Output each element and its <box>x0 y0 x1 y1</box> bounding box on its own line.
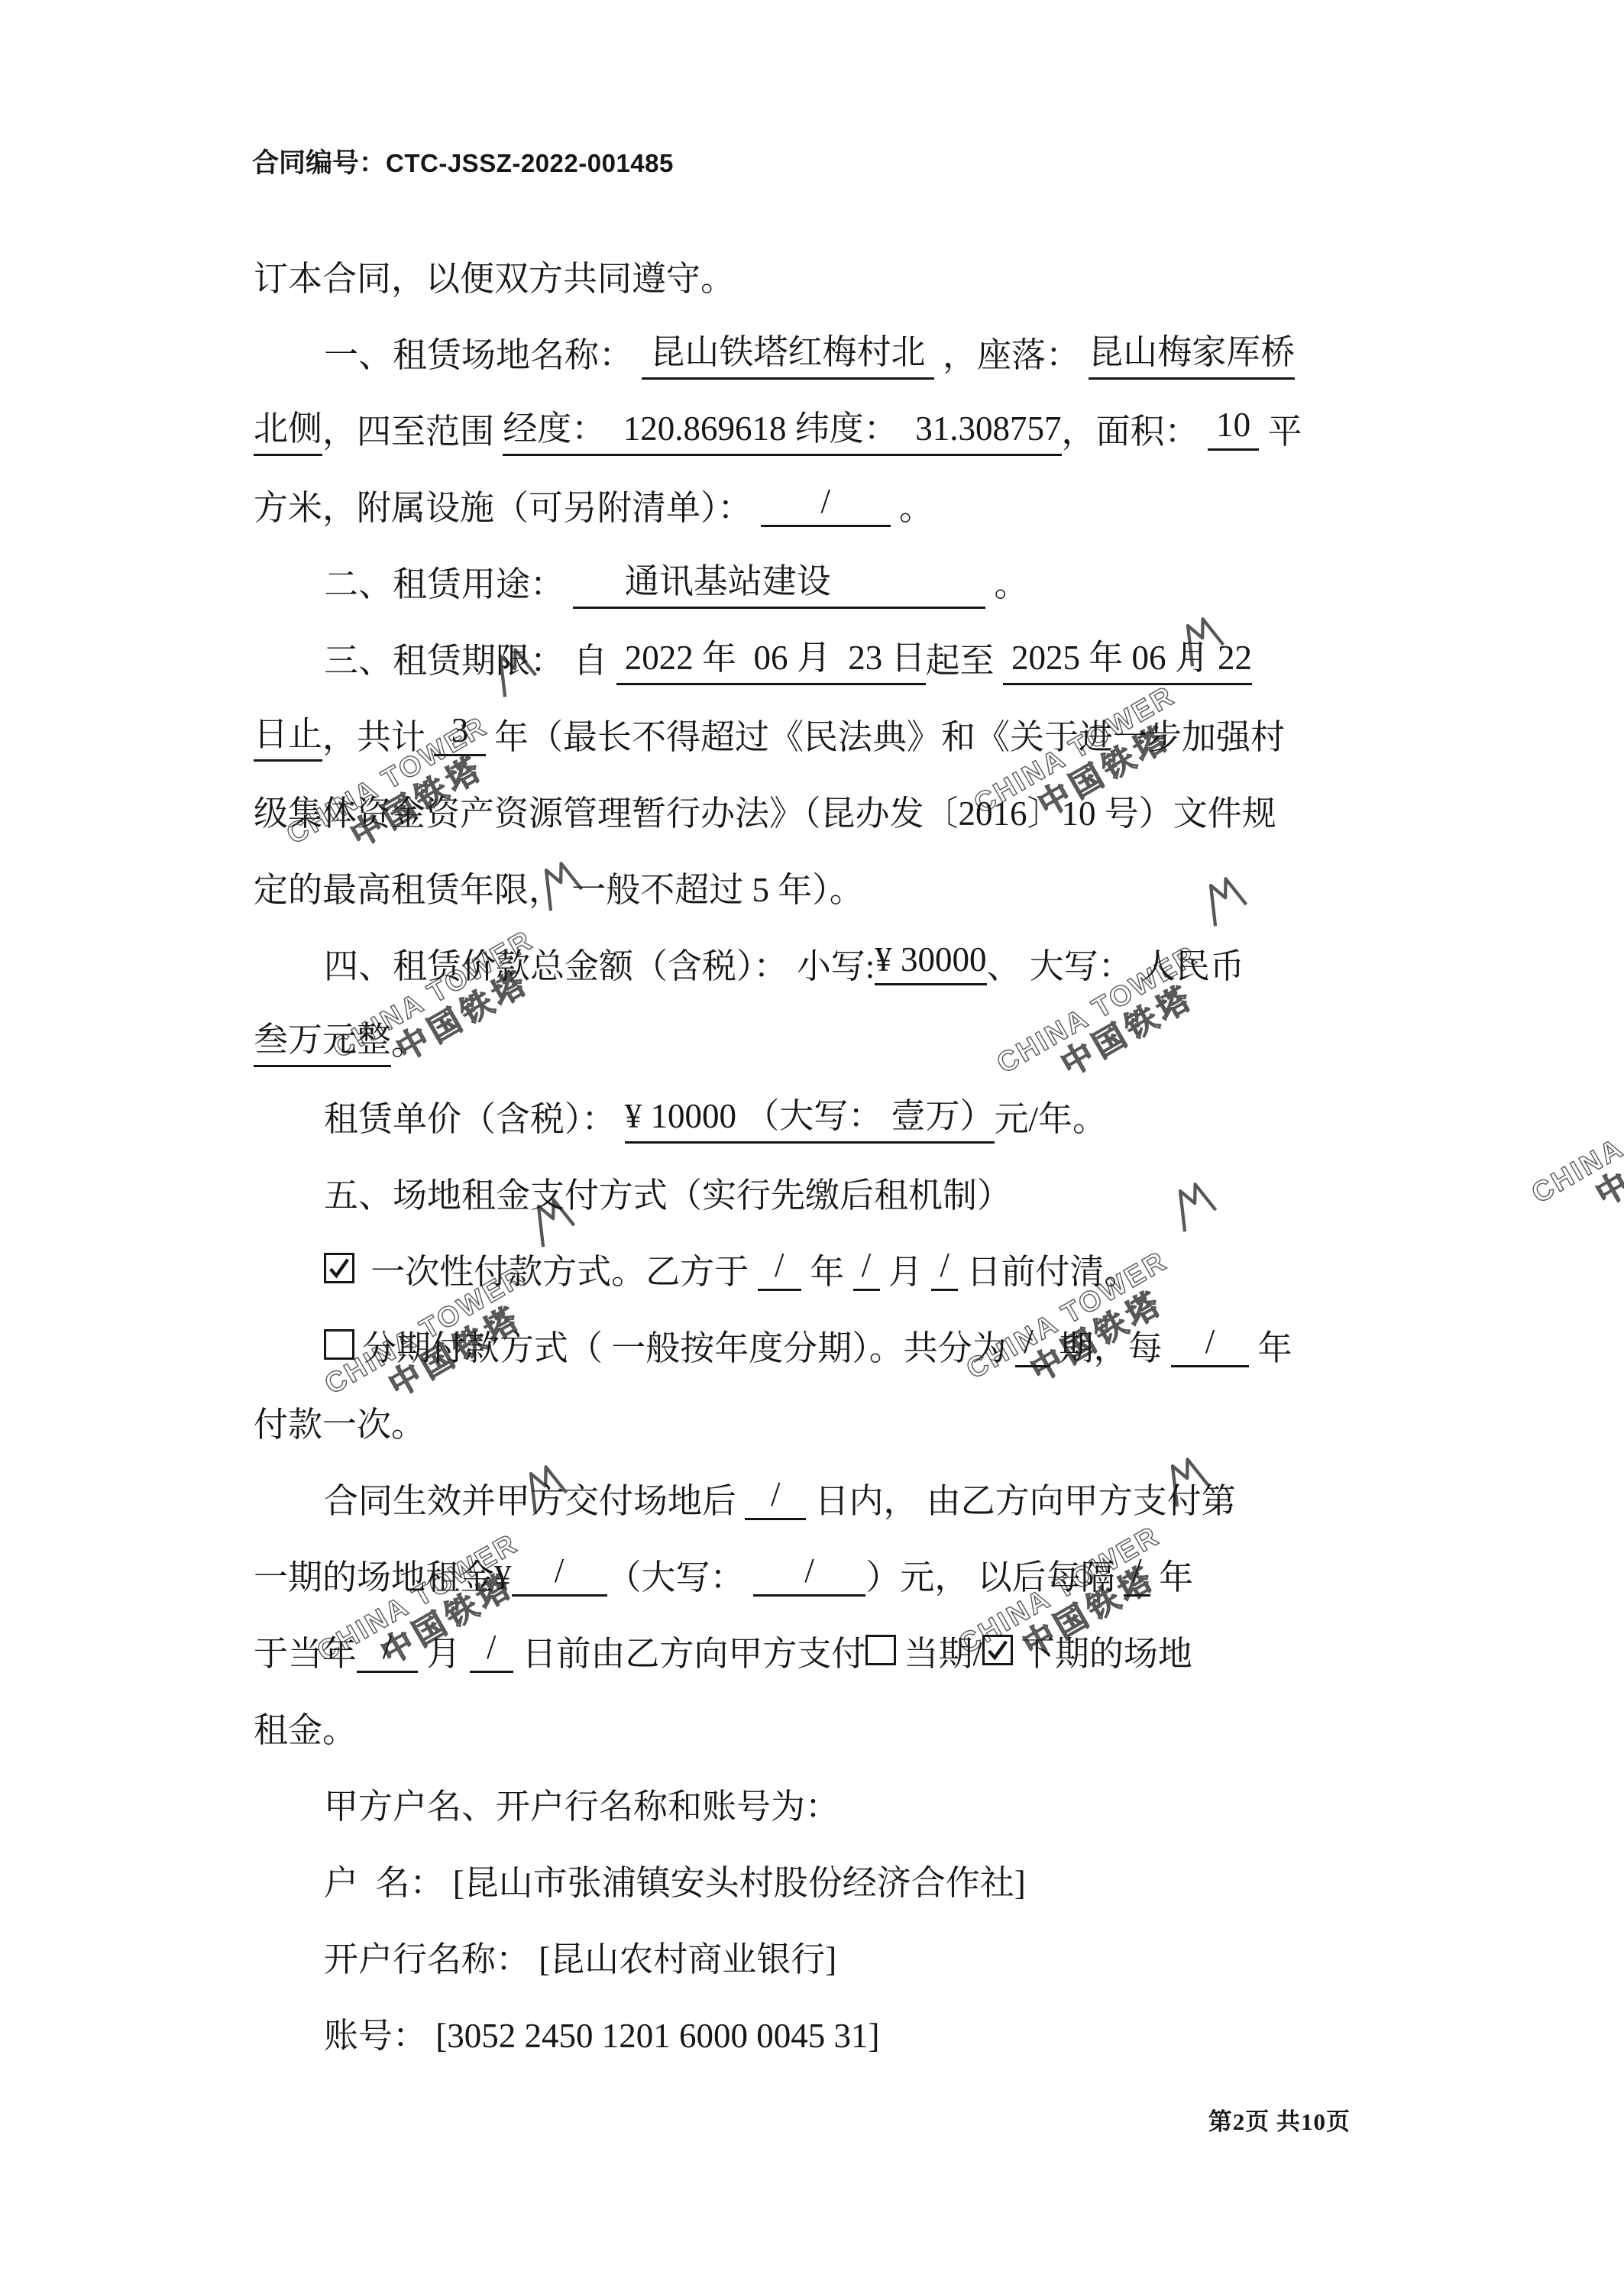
text-run: 一期的场地租金¥ <box>254 1549 512 1599</box>
checkbox-empty-icon <box>865 1635 896 1665</box>
text-run: 一、租赁场地名称： <box>324 327 642 377</box>
text-run: 平 <box>1259 403 1302 453</box>
document-line: 户 名： [昆山市张浦镇安头村股份经济合作社] <box>254 1841 1383 1917</box>
text-run: 年 <box>801 1244 853 1293</box>
text-run: ，座落： <box>934 327 1089 377</box>
fill-in-field: / <box>1124 1551 1150 1597</box>
document-line: 开户行名称： [昆山农村商业银行] <box>254 1917 1383 1994</box>
text-run: 、 大写： 人民币 <box>987 938 1245 988</box>
text-run: 月 <box>880 1244 932 1293</box>
fill-in-field: / <box>761 481 891 527</box>
fill-in-field: 10 <box>1208 405 1260 451</box>
fill-in-field: 2022 年 06 月 23 日 <box>616 629 926 685</box>
text-run: 元/年。 <box>995 1091 1108 1141</box>
fill-in-field: 经度： 120.869618 纬度： 31.308757 <box>503 400 1061 456</box>
text-run: 三、租赁期限： 自 <box>324 633 616 682</box>
text-run: 户 名： [昆山市张浦镇安头村股份经济合作社] <box>324 1855 1026 1904</box>
checkbox-empty-icon <box>324 1329 354 1360</box>
text-run: 级集体资金资产资源管理暂行办法》（昆办发〔2016〕10 号）文件规 <box>254 785 1276 835</box>
text-run: 年 <box>1150 1549 1193 1599</box>
text-run: 合同生效并甲方交付场地后 <box>324 1473 745 1522</box>
text-run: 开户行名称： [昆山农村商业银行] <box>324 1931 836 1981</box>
text-run: 账号： [3052 2450 1201 6000 0045 31] <box>324 2008 879 2057</box>
document-line: 一次性付款方式。乙方于 / 年 / 月 / 日前付清。 <box>254 1230 1383 1306</box>
contract-number-label: 合同编号： <box>252 148 386 178</box>
document-line: 一、租赁场地名称： 昆山铁塔红梅村北 ，座落： 昆山梅家厍桥 <box>254 313 1383 390</box>
fill-in-field: 昆山梅家厍桥 <box>1089 324 1295 380</box>
fill-in-field: / <box>1015 1322 1050 1367</box>
document-line: 于当年 / 月 / 日前由乙方向甲方支付当期/下期的场地 <box>254 1612 1383 1688</box>
fill-in-field: 3 <box>434 710 486 756</box>
text-run: ，面积： <box>1062 403 1208 453</box>
text-run: （大写： <box>607 1549 753 1599</box>
fill-in-field: ¥ 30000 <box>875 940 986 985</box>
contract-number-value: CTC-JSSZ-2022-001485 <box>386 149 674 177</box>
fill-in-field: 叁万元整 <box>254 1011 391 1067</box>
fill-in-field: / <box>357 1627 418 1673</box>
text-run: 租赁单价（含税）： <box>324 1091 625 1141</box>
fill-in-field: 通讯基站建设 <box>573 553 985 609</box>
text-run: 日前付清。 <box>958 1244 1138 1293</box>
text-run: 期，每 <box>1050 1320 1171 1370</box>
document-line: 方米，附属设施（可另附清单）： / 。 <box>254 466 1383 542</box>
document-line: 租赁单价（含税）： ¥ 10000 （大写： 壹万）元/年。 <box>254 1077 1383 1153</box>
watermark-en-text: CHINA TOWER <box>1526 1037 1624 1209</box>
document-line: 北侧，四至范围 经度： 120.869618 纬度： 31.308757，面积：… <box>254 390 1383 466</box>
text-run: 方米，附属设施（可另附清单）： <box>254 480 761 529</box>
text-run: 当期/ <box>904 1626 982 1675</box>
document-line: 二、租赁用途： 通讯基站建设 。 <box>254 542 1383 619</box>
document-line: 合同生效并甲方交付场地后 / 日内， 由乙方向甲方支付第 <box>254 1459 1383 1535</box>
text-run: 分期付款方式（ 一般按年度分期）。共分为 <box>362 1320 1015 1370</box>
checkbox-checked-icon <box>982 1635 1013 1665</box>
text-run: 年 <box>1249 1320 1292 1370</box>
fill-in-field: / <box>758 1245 802 1291</box>
page-number: 第2页 共10页 <box>1208 2102 1351 2137</box>
document-line: 一期的场地租金¥ / （大写： / ）元， 以后每隔 / 年 <box>254 1535 1383 1612</box>
text-run: 二、租赁用途： <box>324 556 573 606</box>
document-line: 分期付款方式（ 一般按年度分期）。共分为 / 期，每 / 年 <box>254 1306 1383 1383</box>
china-tower-watermark: CHINA TOWER 中国铁塔 <box>1526 1037 1624 1254</box>
contract-page: 合同编号：CTC-JSSZ-2022-001485 CHINA TOWER 中国… <box>0 0 1624 2294</box>
text-run: 日前由乙方向甲方支付 <box>513 1626 865 1675</box>
text-run: 四、租赁价款总金额（含税）： 小写: <box>324 938 875 988</box>
document-line: 四、租赁价款总金额（含税）： 小写:¥ 30000、 大写： 人民币 <box>254 924 1383 1001</box>
text-run: ，四至范围 <box>322 403 503 453</box>
text-run: 。 <box>891 480 933 529</box>
text-run: 订本合同，以便双方共同遵守。 <box>254 251 735 300</box>
fill-in-field: 日止 <box>254 706 322 762</box>
text-run: ，共计 <box>322 709 434 759</box>
text-run: 付款一次。 <box>254 1396 425 1446</box>
text-run: 月 <box>418 1626 470 1675</box>
fill-in-field: / <box>470 1627 514 1673</box>
document-line: 账号： [3052 2450 1201 6000 0045 31] <box>254 1994 1383 2070</box>
text-run: 。 <box>985 556 1028 606</box>
fill-in-field: / <box>745 1474 806 1520</box>
document-line: 三、租赁期限： 自 2022 年 06 月 23 日起至 2025 年 06 月… <box>254 619 1383 695</box>
text-run: 一次性付款方式。乙方于 <box>362 1244 758 1293</box>
document-line: 付款一次。 <box>254 1383 1383 1459</box>
text-run: 年（最长不得超过《民法典》和《关于进一步加强村 <box>486 709 1285 759</box>
contract-number: 合同编号：CTC-JSSZ-2022-001485 <box>252 142 674 180</box>
document-line: 租金。 <box>254 1688 1383 1765</box>
checkbox-checked-icon <box>324 1253 354 1283</box>
text-run: 定的最高租赁年限， 一般不超过 5 年）。 <box>254 862 864 911</box>
fill-in-field: 2025 年 06 月 22 <box>1003 629 1252 685</box>
text-run: 甲方户名、开户行名称和账号为： <box>324 1778 839 1828</box>
document-line: 叁万元整。 <box>254 1001 1383 1077</box>
text-run: 。 <box>391 1014 425 1064</box>
document-line: 级集体资金资产资源管理暂行办法》（昆办发〔2016〕10 号）文件规 <box>254 772 1383 848</box>
document-line: 日止，共计 3 年（最长不得超过《民法典》和《关于进一步加强村 <box>254 695 1383 772</box>
text-run: 日内， 由乙方向甲方支付第 <box>806 1473 1236 1522</box>
document-line: 甲方户名、开户行名称和账号为： <box>254 1765 1383 1841</box>
fill-in-field: ¥ 10000 （大写： 壹万） <box>625 1088 995 1144</box>
fill-in-field: / <box>1171 1322 1250 1367</box>
watermark-cn-text: 中国铁塔 <box>1586 1058 1624 1215</box>
fill-in-field: / <box>753 1551 866 1597</box>
text-run: 五、场地租金支付方式（实行先缴后租机制） <box>324 1167 1011 1217</box>
document-line: 五、场地租金支付方式（实行先缴后租机制） <box>254 1153 1383 1230</box>
text-run: 租金。 <box>254 1702 357 1752</box>
text-run: 下期的场地 <box>1021 1626 1192 1675</box>
fill-in-field: / <box>853 1245 880 1291</box>
text-run: 起至 <box>926 633 1003 682</box>
fill-in-field: / <box>512 1551 607 1597</box>
text-run: ）元， 以后每隔 <box>865 1549 1124 1599</box>
document-lines: 订本合同，以便双方共同遵守。一、租赁场地名称： 昆山铁塔红梅村北 ，座落： 昆山… <box>254 237 1383 2070</box>
fill-in-field: / <box>931 1245 958 1291</box>
document-line: 定的最高租赁年限， 一般不超过 5 年）。 <box>254 848 1383 924</box>
document-line: 订本合同，以便双方共同遵守。 <box>254 237 1383 313</box>
fill-in-field: 北侧 <box>254 400 322 456</box>
fill-in-field: 昆山铁塔红梅村北 <box>642 324 934 380</box>
text-run: 于当年 <box>254 1626 357 1675</box>
